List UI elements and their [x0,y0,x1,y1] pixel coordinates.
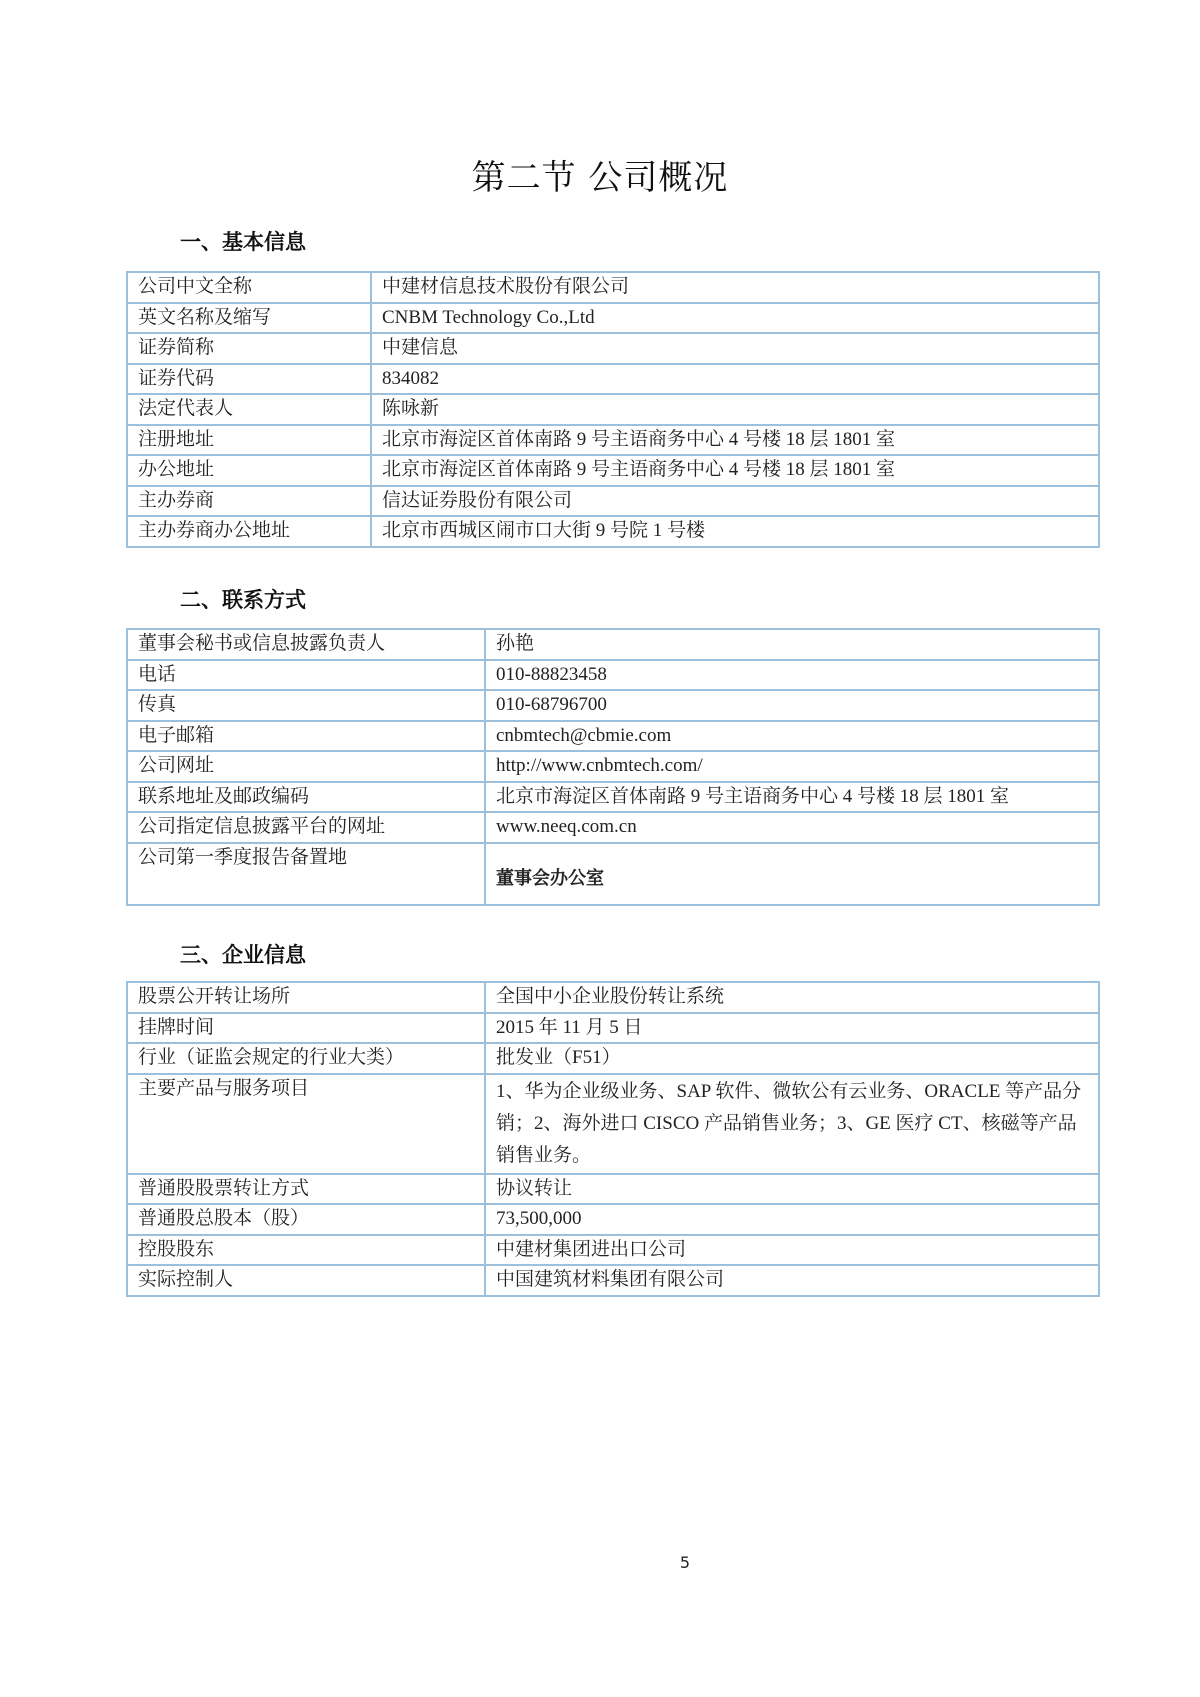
row-label: 法定代表人 [127,394,371,425]
table-row: 普通股股票转让方式协议转让 [127,1174,1099,1205]
row-value: www.neeq.com.cn [485,812,1099,843]
table-row: 公司网址http://www.cnbmtech.com/ [127,751,1099,782]
row-value: 834082 [371,364,1099,395]
table-row: 联系地址及邮政编码北京市海淀区首体南路 9 号主语商务中心 4 号楼 18 层 … [127,782,1099,813]
row-value: 73,500,000 [485,1204,1099,1235]
row-value: 北京市海淀区首体南路 9 号主语商务中心 4 号楼 18 层 1801 室 [371,425,1099,456]
table-row: 挂牌时间2015 年 11 月 5 日 [127,1013,1099,1044]
row-label: 公司网址 [127,751,485,782]
row-label: 证券代码 [127,364,371,395]
table-row: 公司中文全称中建材信息技术股份有限公司 [127,272,1099,303]
row-value: 1、华为企业级业务、SAP 软件、微软公有云业务、ORACLE 等产品分销；2、… [485,1074,1099,1174]
row-value: http://www.cnbmtech.com/ [485,751,1099,782]
row-value: 北京市海淀区首体南路 9 号主语商务中心 4 号楼 18 层 1801 室 [485,782,1099,813]
row-value: cnbmtech@cbmie.com [485,721,1099,752]
table-row: 证券简称中建信息 [127,333,1099,364]
row-value: 董事会办公室 [485,843,1099,905]
row-value: 中国建筑材料集团有限公司 [485,1265,1099,1296]
row-value: 中建信息 [371,333,1099,364]
section-heading-contact: 二、联系方式 [180,584,306,614]
table-row: 行业（证监会规定的行业大类）批发业（F51） [127,1043,1099,1074]
enterprise-table: 股票公开转让场所全国中小企业股份转让系统 挂牌时间2015 年 11 月 5 日… [126,981,1100,1297]
table-row: 董事会秘书或信息披露负责人孙艳 [127,629,1099,660]
row-label: 电子邮箱 [127,721,485,752]
table-row: 主办券商办公地址北京市西城区闹市口大街 9 号院 1 号楼 [127,516,1099,547]
row-value: 孙艳 [485,629,1099,660]
row-value: 北京市海淀区首体南路 9 号主语商务中心 4 号楼 18 层 1801 室 [371,455,1099,486]
row-label: 电话 [127,660,485,691]
contact-table: 董事会秘书或信息披露负责人孙艳 电话010-88823458 传真010-687… [126,628,1100,906]
row-value: 010-88823458 [485,660,1099,691]
row-label: 普通股股票转让方式 [127,1174,485,1205]
row-label: 挂牌时间 [127,1013,485,1044]
table-row: 控股股东中建材集团进出口公司 [127,1235,1099,1266]
row-value: 信达证券股份有限公司 [371,486,1099,517]
row-label: 董事会秘书或信息披露负责人 [127,629,485,660]
table-row: 普通股总股本（股）73,500,000 [127,1204,1099,1235]
row-label: 公司第一季度报告备置地 [127,843,485,905]
row-value: 批发业（F51） [485,1043,1099,1074]
row-value: 全国中小企业股份转让系统 [485,982,1099,1013]
table-row: 办公地址北京市海淀区首体南路 9 号主语商务中心 4 号楼 18 层 1801 … [127,455,1099,486]
row-label: 证券简称 [127,333,371,364]
row-label: 注册地址 [127,425,371,456]
table-row: 电子邮箱cnbmtech@cbmie.com [127,721,1099,752]
row-label: 股票公开转让场所 [127,982,485,1013]
row-label: 公司指定信息披露平台的网址 [127,812,485,843]
table-row: 公司指定信息披露平台的网址www.neeq.com.cn [127,812,1099,843]
row-value: 2015 年 11 月 5 日 [485,1013,1099,1044]
table-row: 主要产品与服务项目1、华为企业级业务、SAP 软件、微软公有云业务、ORACLE… [127,1074,1099,1174]
row-label: 公司中文全称 [127,272,371,303]
table-row: 主办券商信达证券股份有限公司 [127,486,1099,517]
row-label: 主办券商 [127,486,371,517]
row-label: 主要产品与服务项目 [127,1074,485,1174]
table-row: 实际控制人中国建筑材料集团有限公司 [127,1265,1099,1296]
table-row: 传真010-68796700 [127,690,1099,721]
table-row: 法定代表人陈咏新 [127,394,1099,425]
page-number: 5 [0,1553,1200,1572]
row-label: 行业（证监会规定的行业大类） [127,1043,485,1074]
table-row: 电话010-88823458 [127,660,1099,691]
page-title: 第二节 公司概况 [0,150,1200,199]
row-value: 010-68796700 [485,690,1099,721]
section-heading-basic-info: 一、基本信息 [180,226,306,256]
row-label: 普通股总股本（股） [127,1204,485,1235]
row-value: 中建材集团进出口公司 [485,1235,1099,1266]
row-label: 控股股东 [127,1235,485,1266]
row-value: 协议转让 [485,1174,1099,1205]
row-label: 实际控制人 [127,1265,485,1296]
row-value: 中建材信息技术股份有限公司 [371,272,1099,303]
table-row: 注册地址北京市海淀区首体南路 9 号主语商务中心 4 号楼 18 层 1801 … [127,425,1099,456]
basic-info-table: 公司中文全称中建材信息技术股份有限公司 英文名称及缩写CNBM Technolo… [126,271,1100,548]
table-row: 公司第一季度报告备置地董事会办公室 [127,843,1099,905]
row-value: 陈咏新 [371,394,1099,425]
row-label: 办公地址 [127,455,371,486]
table-row: 证券代码834082 [127,364,1099,395]
table-row: 股票公开转让场所全国中小企业股份转让系统 [127,982,1099,1013]
row-label: 联系地址及邮政编码 [127,782,485,813]
row-label: 传真 [127,690,485,721]
row-value: 北京市西城区闹市口大街 9 号院 1 号楼 [371,516,1099,547]
section-heading-enterprise: 三、企业信息 [180,939,306,969]
row-value: CNBM Technology Co.,Ltd [371,303,1099,334]
table-row: 英文名称及缩写CNBM Technology Co.,Ltd [127,303,1099,334]
row-label: 英文名称及缩写 [127,303,371,334]
row-label: 主办券商办公地址 [127,516,371,547]
